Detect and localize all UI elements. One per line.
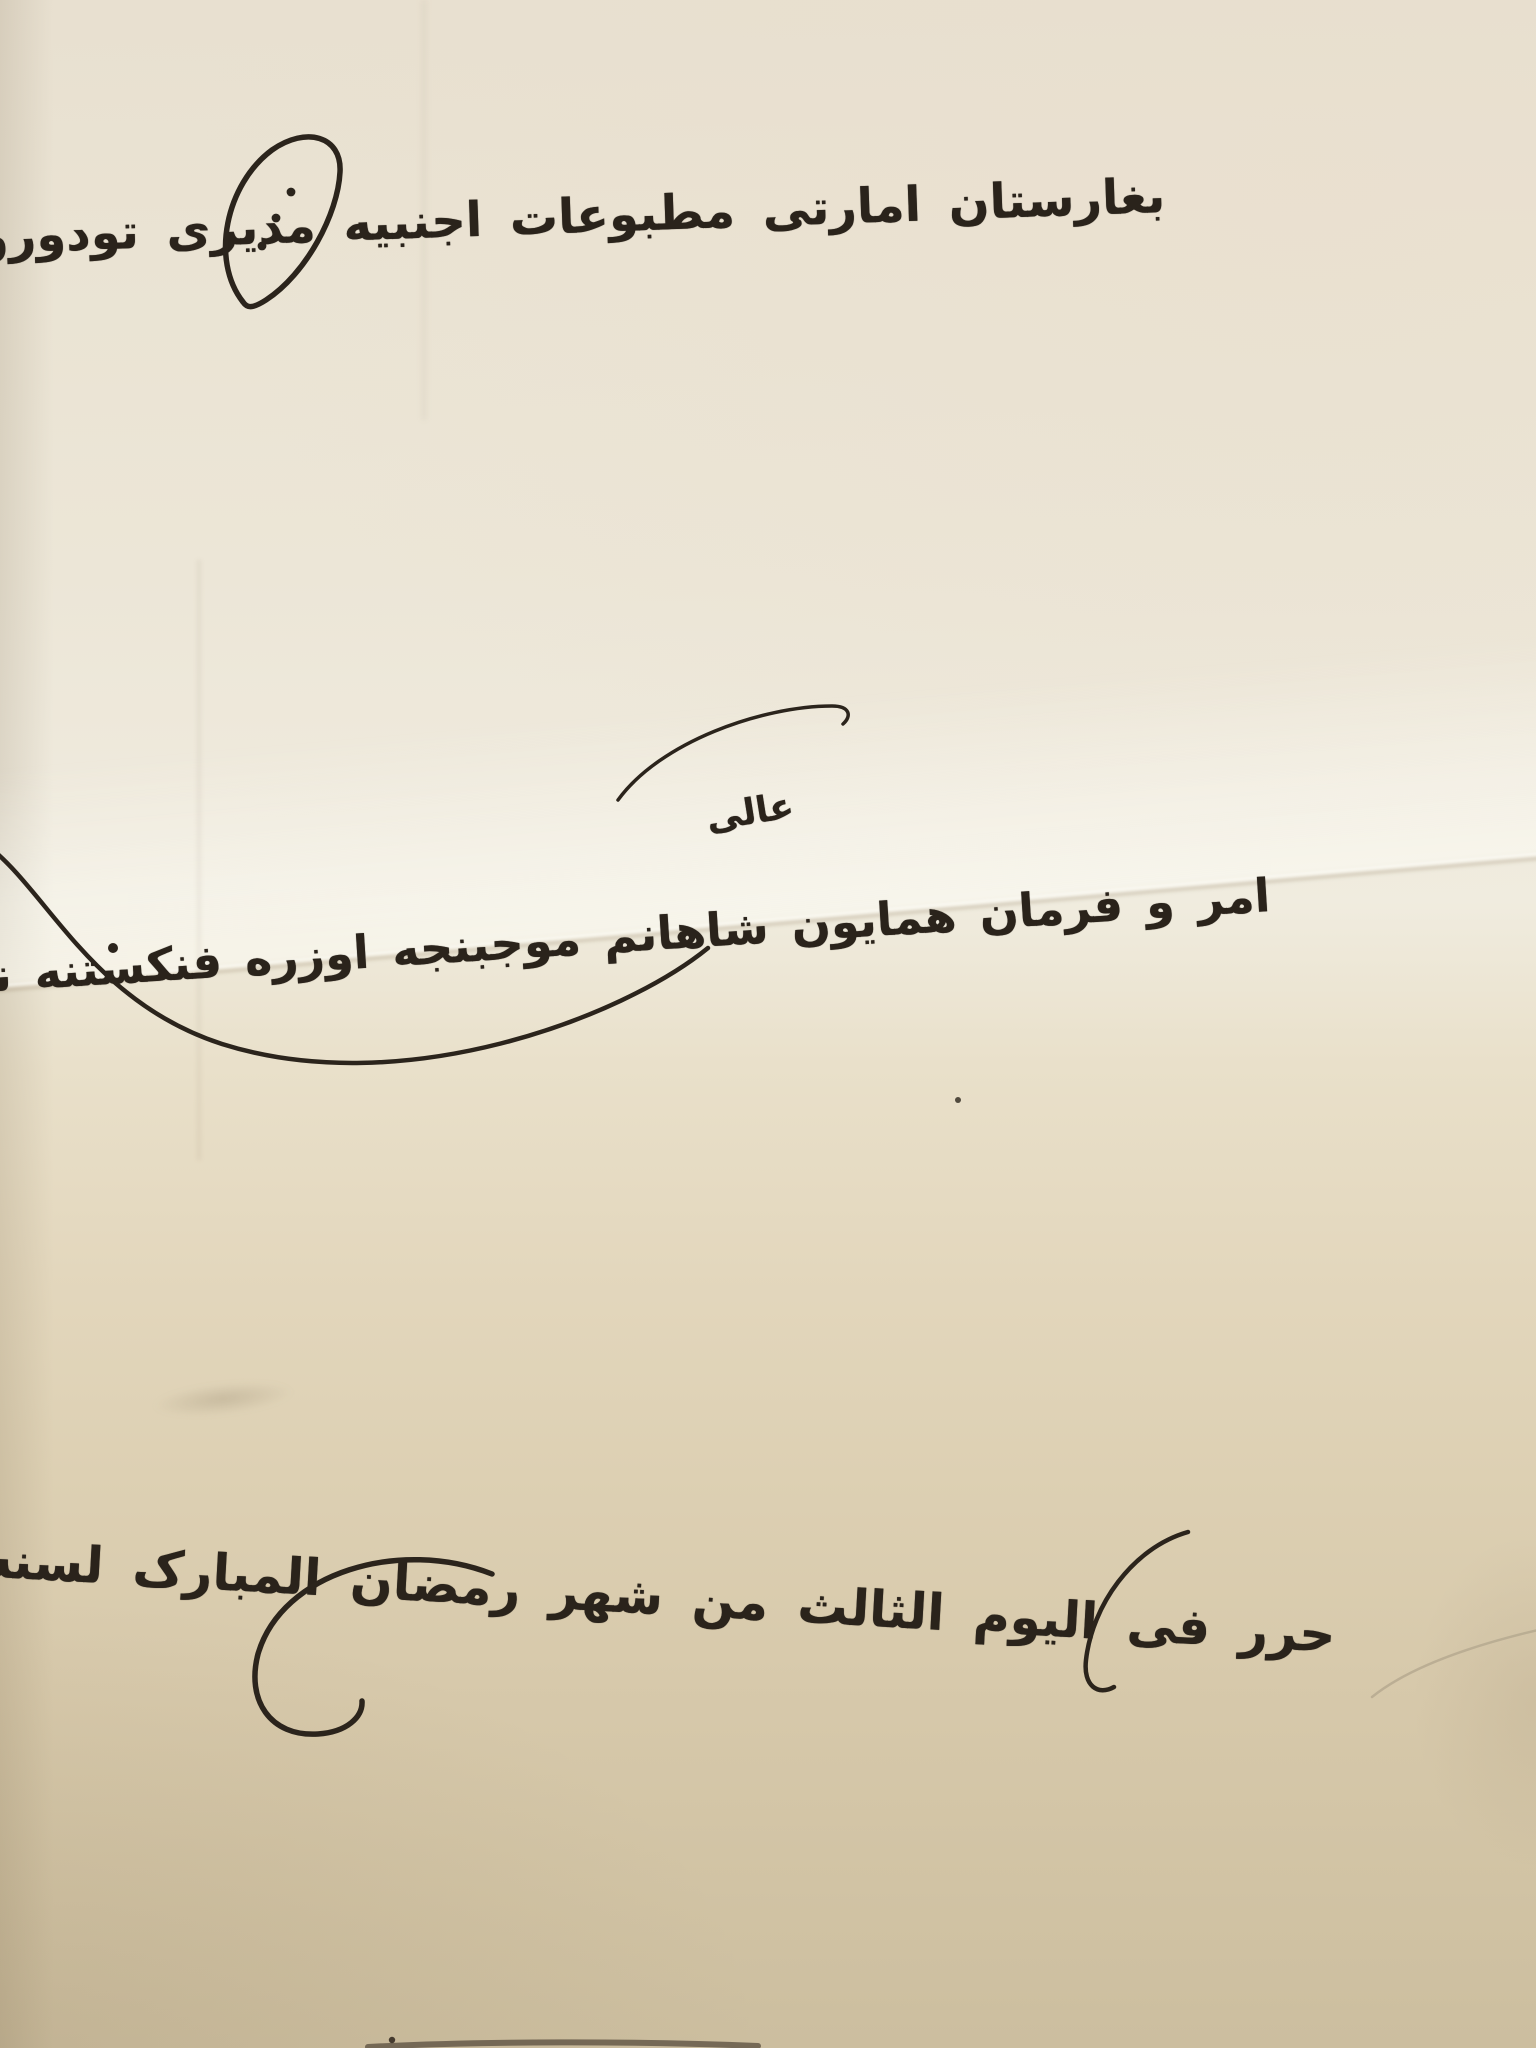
- tall-curve-left-icon: [255, 1560, 492, 1734]
- ink-flourishes-layer: [0, 0, 1536, 2048]
- ink-dot-icon: [108, 943, 118, 953]
- tall-curve-middle-icon: [1086, 1532, 1188, 1690]
- superscript-arc-icon: [618, 706, 848, 800]
- ink-dot-small-icon: [955, 1097, 961, 1103]
- pencil-arc-icon: [1372, 1630, 1536, 1697]
- flourish-oval-icon: [226, 137, 341, 307]
- tail-swoosh-icon: [0, 846, 708, 1063]
- manuscript-paper: بغارستان امارتی مطبوعات اجنبیه مدیری تود…: [0, 0, 1536, 2048]
- flourish-three-dots-icon: [258, 188, 296, 251]
- bottom-edge-shadow: [368, 2042, 758, 2047]
- bottom-speck: [389, 2037, 395, 2043]
